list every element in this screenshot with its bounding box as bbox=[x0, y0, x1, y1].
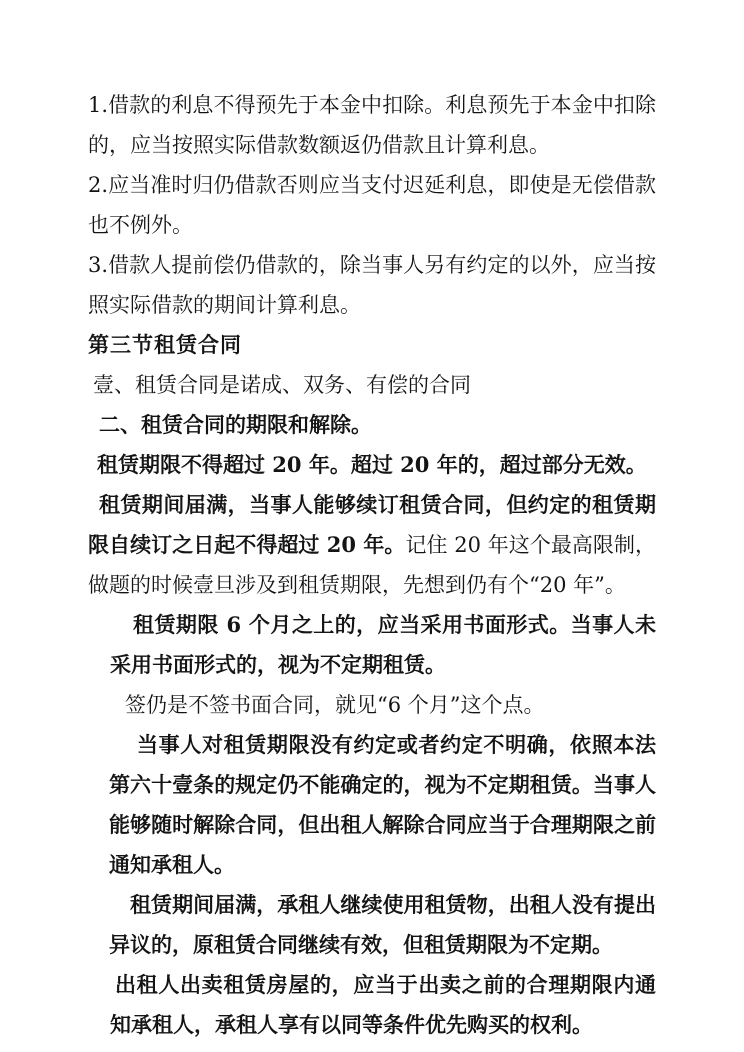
paragraph-text: 3.借款人提前偿仍借款的，除当事人另有约定的以外，应当按照实际借款的期间计算利息… bbox=[88, 253, 656, 317]
paragraph-loan-prepay-rule-3: 3.借款人提前偿仍借款的，除当事人另有约定的以外，应当按照实际借款的期间计算利息… bbox=[88, 245, 656, 325]
paragraph-text: 2.应当准时归仍借款否则应当支付迟延利息，即使是无偿借款也不例外。 bbox=[88, 173, 656, 237]
section-heading: 第三节租赁合同 bbox=[88, 325, 656, 365]
paragraph-lease-contract-nature: 壹、租赁合同是诺成、双务、有偿的合同 bbox=[88, 365, 656, 405]
paragraph-text: 签仍是不签书面合同，就见“6 个月”这个点。 bbox=[125, 693, 545, 717]
paragraph-text: 租赁期间届满，承租人继续使用租赁物，出租人没有提出异议的，原租赁合同继续有效，但… bbox=[109, 892, 656, 957]
document-page: 1.借款的利息不得预先于本金中扣除。利息预先于本金中扣除的，应当按照实际借款数额… bbox=[0, 0, 744, 1052]
paragraph-lease-term-and-termination-heading: 二、租赁合同的期限和解除。 bbox=[88, 405, 656, 445]
paragraph-lease-written-form-note: 签仍是不签书面合同，就见“6 个月”这个点。 bbox=[88, 685, 656, 725]
paragraph-text: 当事人对租赁期限没有约定或者约定不明确，依照本法第六十壹条的规定仍不能确定的，视… bbox=[109, 732, 656, 877]
paragraph-loan-interest-rule-1: 1.借款的利息不得预先于本金中扣除。利息预先于本金中扣除的，应当按照实际借款数额… bbox=[88, 85, 656, 165]
paragraph-text: 1.借款的利息不得预先于本金中扣除。利息预先于本金中扣除的，应当按照实际借款数额… bbox=[88, 93, 656, 157]
section-heading-text: 第三节租赁合同 bbox=[88, 332, 242, 357]
paragraph-text: 壹、租赁合同是诺成、双务、有偿的合同 bbox=[93, 373, 471, 397]
paragraph-text: 租赁期限不得超过 20 年。超过 20 年的，超过部分无效。 bbox=[97, 452, 647, 477]
paragraph-lease-written-form-rule: 租赁期限 6 个月之上的，应当采用书面形式。当事人未采用书面形式的，视为不定期租… bbox=[110, 605, 656, 685]
paragraph-lease-renewal-rule: 租赁期间届满，当事人能够续订租赁合同，但约定的租赁期限自续订之日起不得超过 20… bbox=[88, 485, 656, 605]
paragraph-text: 二、租赁合同的期限和解除。 bbox=[99, 412, 372, 437]
paragraph-text: 出租人出卖租赁房屋的，应当于出卖之前的合理期限内通知承租人，承租人享有以同等条件… bbox=[110, 972, 656, 1037]
paragraph-lease-term-unclear-rule: 当事人对租赁期限没有约定或者约定不明确，依照本法第六十壹条的规定仍不能确定的，视… bbox=[109, 725, 656, 885]
paragraph-lease-term-20year-limit: 租赁期限不得超过 20 年。超过 20 年的，超过部分无效。 bbox=[88, 445, 656, 485]
paragraph-lease-continue-after-expiry-rule: 租赁期间届满，承租人继续使用租赁物，出租人没有提出异议的，原租赁合同继续有效，但… bbox=[109, 885, 656, 965]
paragraph-text: 租赁期限 6 个月之上的，应当采用书面形式。当事人未采用书面形式的，视为不定期租… bbox=[110, 612, 656, 677]
paragraph-loan-repay-rule-2: 2.应当准时归仍借款否则应当支付迟延利息，即使是无偿借款也不例外。 bbox=[88, 165, 656, 245]
paragraph-lessor-sale-notice-rule: 出租人出卖租赁房屋的，应当于出卖之前的合理期限内通知承租人，承租人享有以同等条件… bbox=[110, 965, 656, 1045]
